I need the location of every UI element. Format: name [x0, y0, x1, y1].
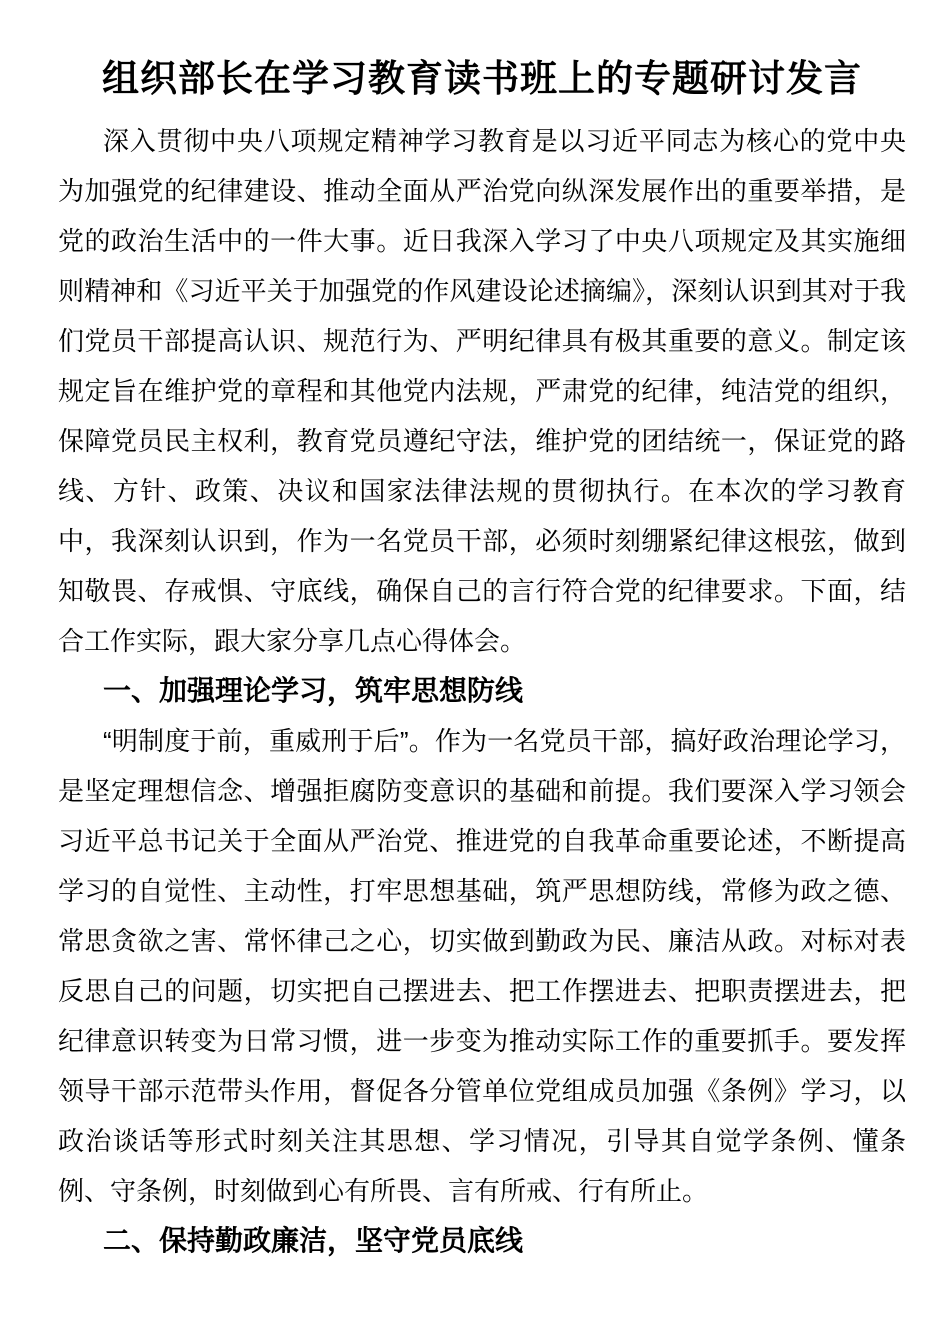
- paragraph-intro: 深入贯彻中央八项规定精神学习教育是以习近平同志为核心的党中央为加强党的纪律建设、…: [58, 116, 906, 666]
- page-title: 组织部长在学习教育读书班上的专题研讨发言: [58, 50, 906, 108]
- section-heading-1: 一、加强理论学习，筑牢思想防线: [58, 666, 906, 716]
- paragraph-section-1: “明制度于前，重威刑于后”。作为一名党员干部，搞好政治理论学习，是坚定理想信念、…: [58, 716, 906, 1216]
- section-heading-2: 二、保持勤政廉洁，坚守党员底线: [58, 1216, 906, 1266]
- document-page: 组织部长在学习教育读书班上的专题研讨发言 深入贯彻中央八项规定精神学习教育是以习…: [0, 0, 950, 1344]
